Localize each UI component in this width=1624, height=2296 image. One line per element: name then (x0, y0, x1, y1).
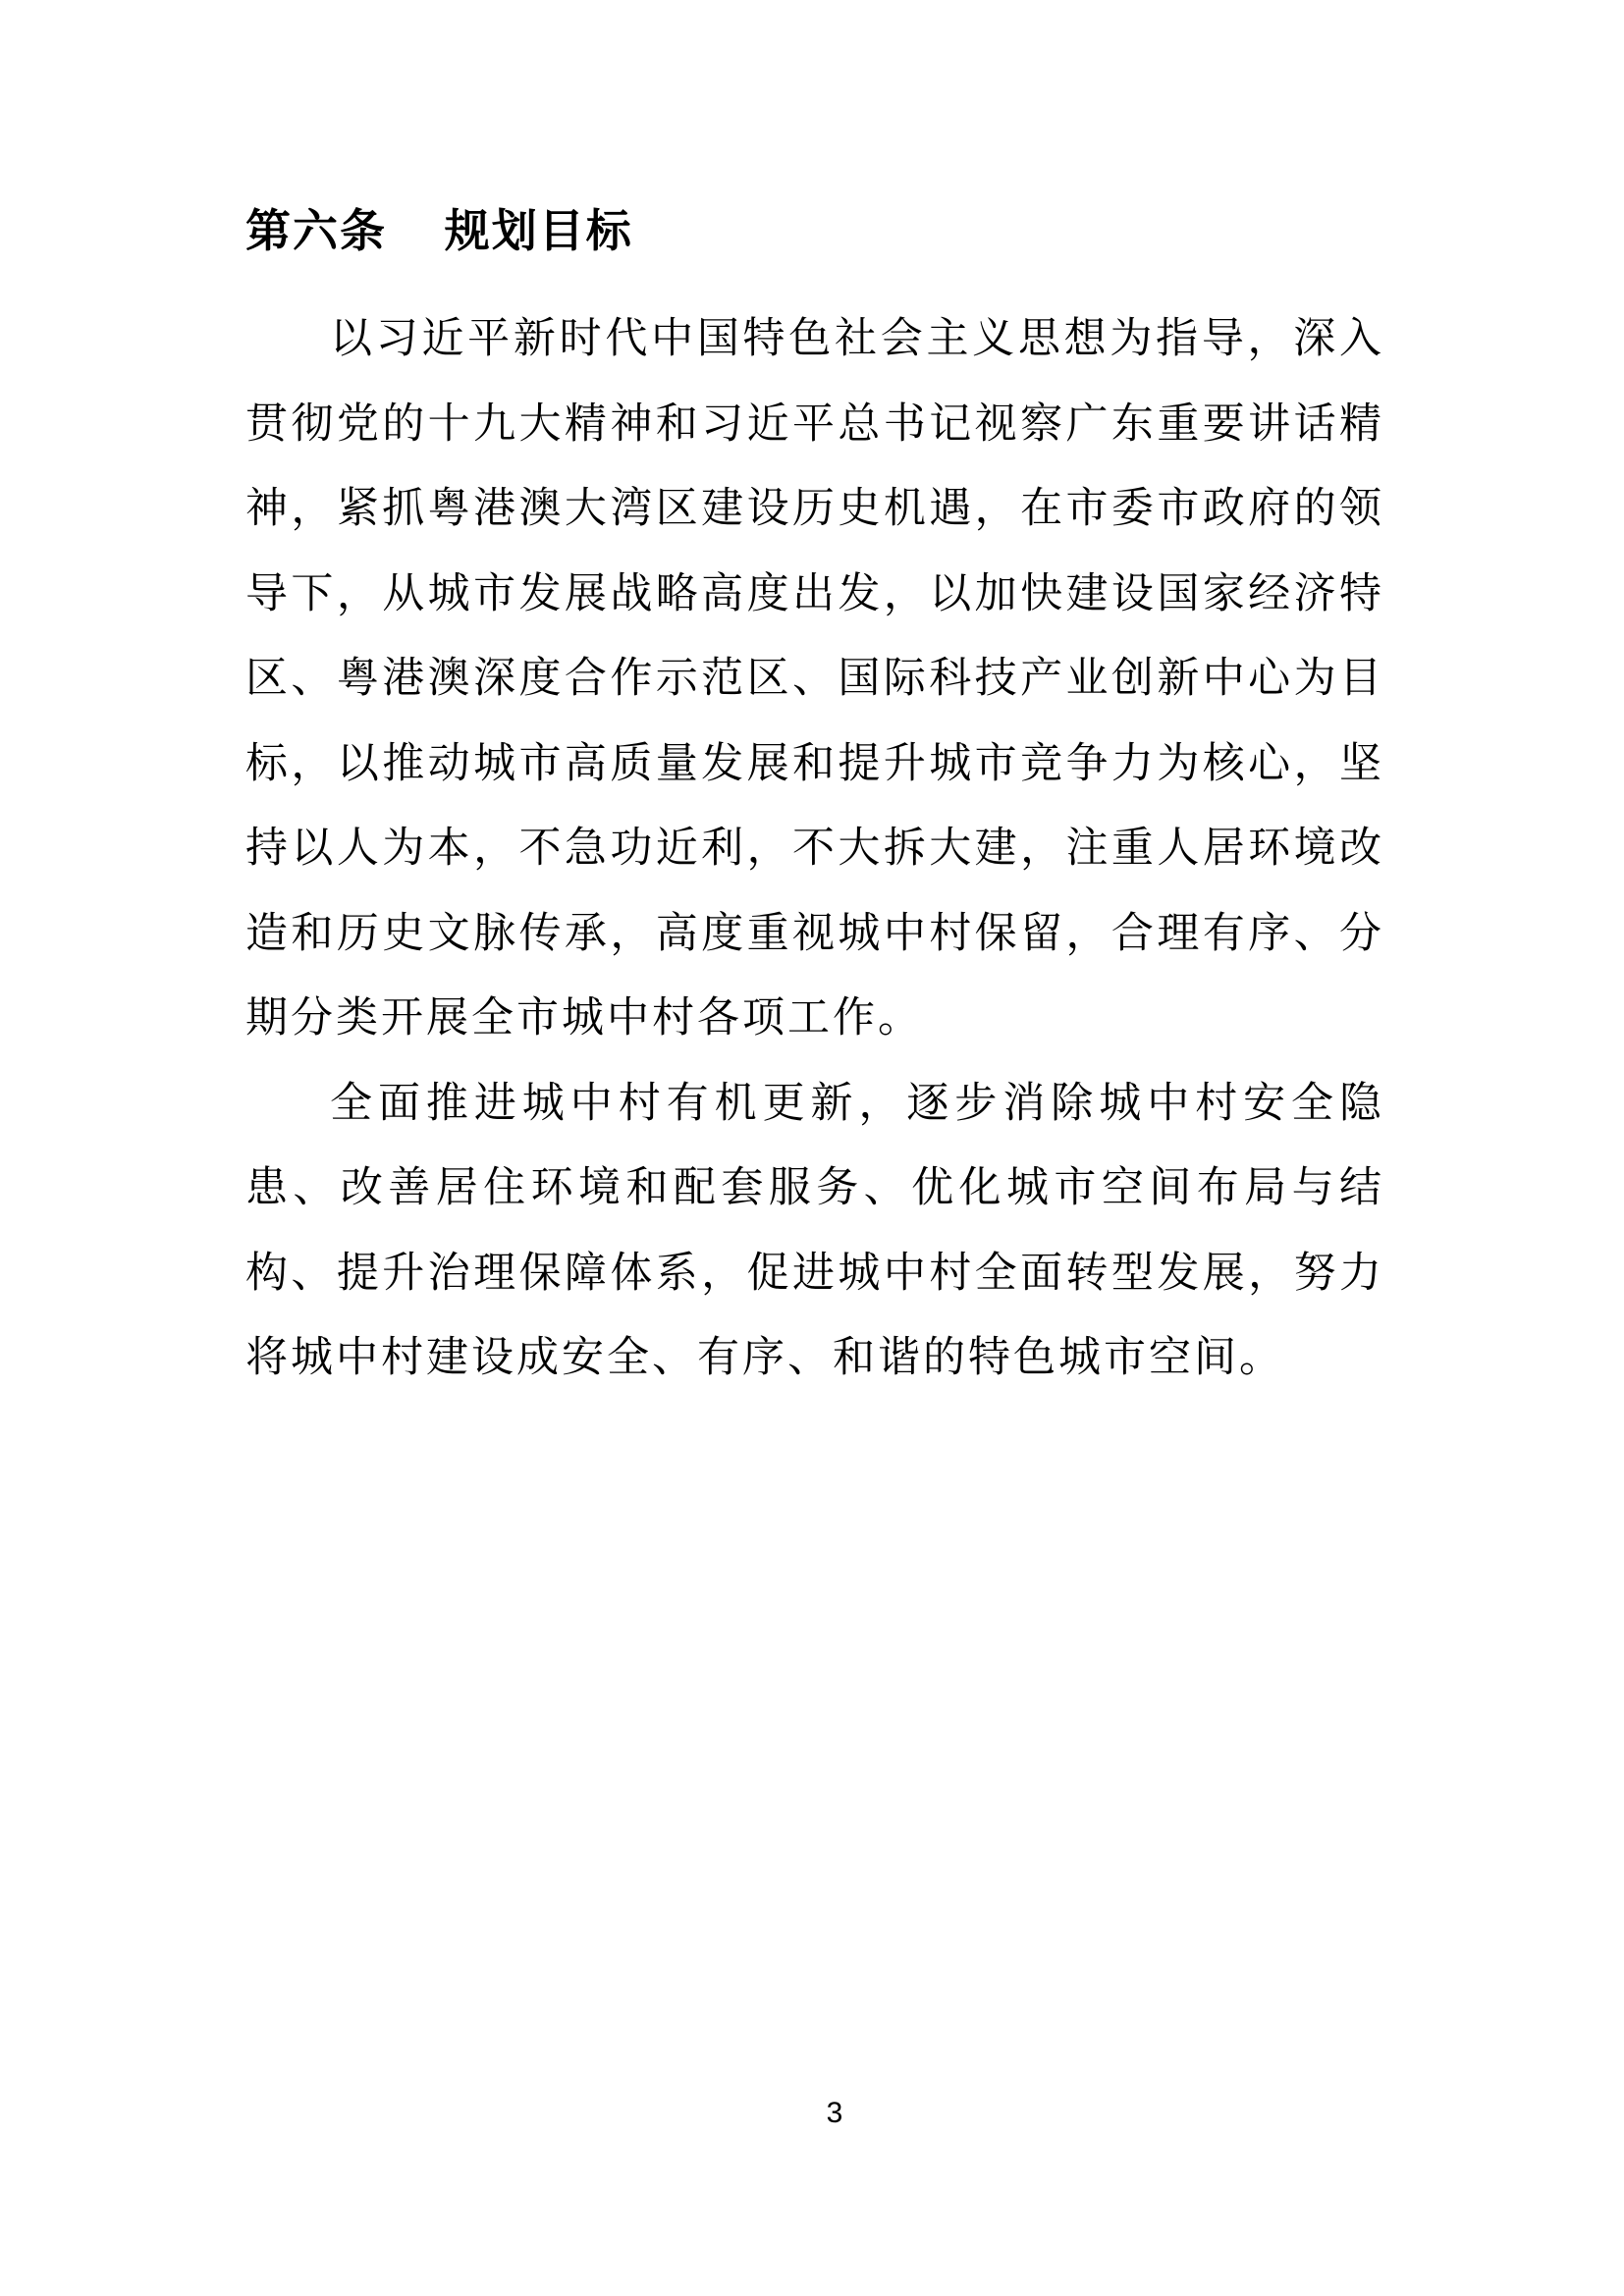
body-paragraph-2: 全面推进城中村有机更新，逐步消除城中村安全隐患、改善居住环境和配套服务、优化城市… (245, 1062, 1384, 1402)
section-heading-title: 规划目标 (445, 205, 633, 256)
document-page: 第六条 规划目标 以习近平新时代中国特色社会主义思想为指导，深入贯彻党的十九大精… (0, 0, 1624, 2296)
section-heading: 第六条 规划目标 (245, 201, 1384, 260)
document-content: 第六条 规划目标 以习近平新时代中国特色社会主义思想为指导，深入贯彻党的十九大精… (245, 201, 1384, 1402)
body-paragraph-1: 以习近平新时代中国特色社会主义思想为指导，深入贯彻党的十九大精神和习近平总书记视… (245, 297, 1384, 1062)
page-number: 3 (0, 2097, 1624, 2130)
document-body: 以习近平新时代中国特色社会主义思想为指导，深入贯彻党的十九大精神和习近平总书记视… (245, 297, 1384, 1402)
section-heading-number: 第六条 (245, 205, 387, 256)
